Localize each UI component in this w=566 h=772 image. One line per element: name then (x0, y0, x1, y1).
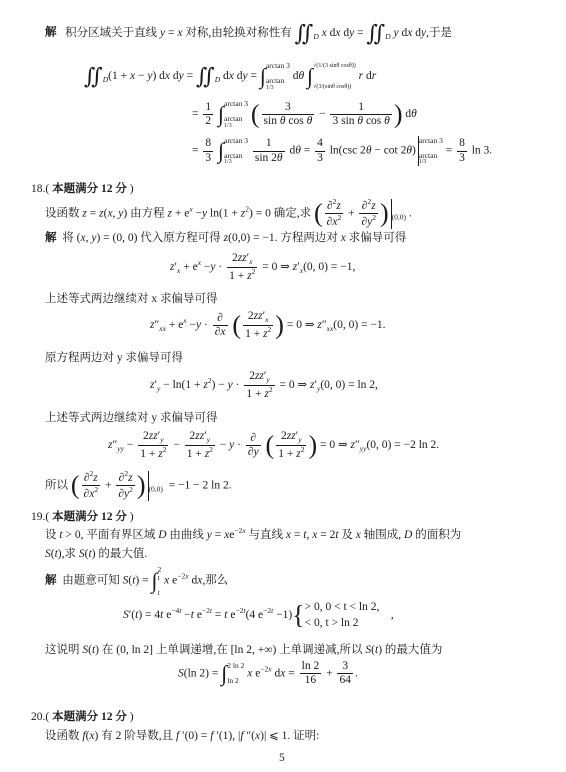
q18-step2: 上述等式两边继续对 x 求偏导可得 (45, 290, 218, 306)
q18-eq3: z′y − ln(1 + z2) − y · 2zz′y1 + z2 = 0 ⇒… (150, 370, 378, 401)
q19-problem-line1: 设 t > 0, 平面有界区域 D 由曲线 y = xe−2x 与直线 x = … (45, 526, 461, 542)
score-label: 本题满分 12 分 (52, 183, 127, 195)
q18-conclusion: 所以 (∂2z∂x2 + ∂2z∂y2)(0,0) = −1 − 2 ln 2. (45, 470, 232, 501)
q19-problem-line2: S(t),求 S(t) 的最大值. (45, 545, 147, 561)
q18-step1: 解 将 (x, y) = (0, 0) 代入原方程可得 z(0,0) = −1.… (45, 229, 406, 245)
case-negative: < 0, t > ln 2 (305, 617, 359, 629)
question-number: 20. (31, 711, 45, 723)
q20-problem: 设函数 f(x) 有 2 阶导数,且 f ′(0) = f ′(1), |f ″… (45, 727, 319, 743)
conclusion-prefix: 所以 (45, 479, 68, 491)
q17-eq-line1: ∬D(1 + x − y) dx dy = ∬D dx dy = ∫arctan… (84, 62, 376, 91)
q19-eq1: S′(t) = 4t e−4t −t e−2t = t e−2t(4 e−2t … (123, 600, 394, 631)
q18-eq4: z″yy − 2zz′y1 + z2 − 2zz′y1 + z2 − y · ∂… (108, 430, 439, 461)
q17-eq-line2: = 12 ∫arctan 3arctan 1/3 (3sin θ cos θ −… (192, 100, 417, 129)
q19-step1: 解 由题意可知 S(t) = ∫2tt x e−2x dx,那么 (45, 566, 228, 596)
q18-eq2: z″xx + ex −y · ∂∂x (2zz′x1 + z2) = 0 ⇒ z… (150, 310, 386, 341)
q17-eq-line3: = 83 ∫arctan 3arctan 1/3 1sin 2θ dθ = 43… (192, 136, 492, 166)
score-label: 本题满分 12 分 (52, 711, 127, 723)
q17-solution-intro: 解 积分区域关于直线 y = x 对称,由轮换对称性有 ∬D x dx dy =… (45, 22, 452, 44)
case-positive: > 0, 0 < t < ln 2, (305, 601, 380, 613)
q18-eq1: z′x + ex −y · 2zz′x1 + z2 = 0 ⇒ z′x(0, 0… (170, 252, 355, 283)
solution-label: 解 (45, 27, 57, 39)
page-number: 5 (279, 752, 285, 764)
q18-header: 18.( 本题满分 12 分 ) (31, 180, 134, 196)
q19-eq2: S(ln 2) = ∫2 ln 2ln 2 x e−2x dx = ln 216… (178, 660, 358, 687)
solution-label: 解 (45, 232, 57, 244)
question-number: 19. (31, 511, 45, 523)
q18-step3: 原方程两边对 y 求偏导可得 (45, 349, 183, 365)
solution-label: 解 (45, 575, 57, 587)
q19-step2: 这说明 S(t) 在 (0, ln 2] 上单调递增,在 [ln 2, +∞) … (45, 641, 442, 657)
question-number: 18. (31, 183, 45, 195)
q19-header: 19.( 本题满分 12 分 ) (31, 508, 134, 524)
q18-problem: 设函数 z = z(x, y) 由方程 z + ex −y ln(1 + z2)… (45, 198, 412, 229)
q20-header: 20.( 本题满分 12 分 ) (31, 708, 134, 724)
q18-step4: 上述等式两边继续对 y 求偏导可得 (45, 409, 218, 425)
score-label: 本题满分 12 分 (52, 511, 127, 523)
